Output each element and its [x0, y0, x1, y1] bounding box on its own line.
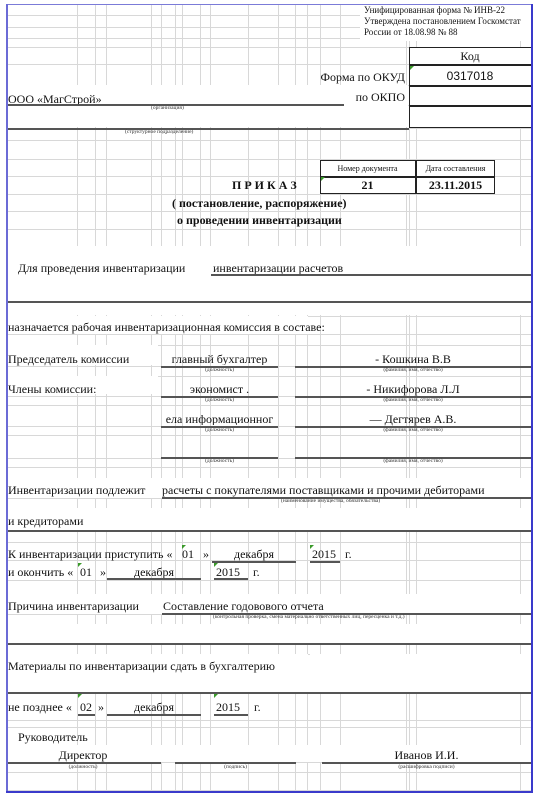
subject-label: Инвентаризации подлежит — [8, 484, 145, 496]
spreadsheet-form: Унифицированная форма № ИНВ-22 Утвержден… — [0, 0, 553, 800]
order-subtitle: ( постановление, распоряжение) — [172, 197, 347, 209]
deadline-day-underline — [78, 714, 95, 716]
okud-value[interactable]: 0317018 — [409, 70, 531, 82]
commission-chair-label: Председатель комиссии — [8, 353, 129, 365]
comment-marker — [310, 545, 314, 549]
division-underline — [8, 128, 409, 130]
deadline-year-suffix: г. — [254, 701, 261, 713]
end-quote-close: » — [100, 566, 106, 578]
sheet-border-left — [6, 4, 8, 792]
start-year-suffix: г. — [345, 548, 352, 560]
document-number[interactable]: 21 — [320, 179, 415, 191]
commission-member-position[interactable]: главный бухгалтер — [161, 353, 278, 365]
head-signature-caption: (подпись) — [175, 765, 296, 771]
position-caption: (должность) — [161, 398, 278, 404]
end-label: и окончить « — [8, 566, 73, 578]
reason-underline-2 — [8, 643, 531, 645]
end-year[interactable]: 2015 — [216, 566, 240, 578]
end-year-suffix: г. — [253, 566, 260, 578]
deadline-label: не позднее « — [8, 701, 72, 713]
purpose-underline — [211, 274, 531, 276]
end-day[interactable]: 01 — [80, 566, 92, 578]
order-subject: о проведении инвентаризации — [177, 214, 342, 226]
reason-value[interactable]: Составление годовового отчета — [163, 600, 324, 612]
okud-label: Форма по ОКУД — [300, 71, 405, 83]
subject-underline-2 — [8, 530, 531, 532]
comment-marker — [214, 563, 218, 567]
subject-value[interactable]: расчеты с покупателями поставщиками и пр… — [162, 484, 485, 496]
purpose-value[interactable]: инвентаризации расчетов — [213, 262, 343, 274]
start-label: К инвентаризации приступить « — [8, 548, 172, 560]
division-caption: (структурное подразделение) — [125, 130, 193, 136]
end-year-underline — [214, 578, 248, 580]
commission-member-position[interactable]: ела информационног — [161, 413, 278, 425]
okpo-label: по ОКПО — [300, 91, 405, 103]
name-caption: (фамилия, имя, отчество) — [295, 398, 531, 404]
deadline-month[interactable]: декабря — [107, 701, 201, 713]
deadline-year[interactable]: 2015 — [216, 701, 240, 713]
reason-label: Причина инвентаризации — [8, 600, 139, 612]
document-date[interactable]: 23.11.2015 — [416, 179, 495, 191]
end-month[interactable]: декабря — [107, 566, 201, 578]
position-caption: (должность) — [161, 428, 278, 434]
name-caption: (фамилия, имя, отчество) — [295, 368, 531, 374]
sheet-border-top — [6, 4, 533, 5]
document-number-label: Номер документа — [320, 165, 415, 173]
deadline-month-underline — [107, 714, 201, 716]
reason-caption: (контрольная проверка, смена материально… — [213, 615, 405, 621]
commission-member-name[interactable]: - Кошкина В.В — [295, 353, 531, 365]
start-quote-close: » — [203, 548, 209, 560]
comment-marker — [321, 177, 325, 181]
organization-caption: (организация) — [151, 106, 184, 112]
deadline-day[interactable]: 02 — [80, 701, 92, 713]
purpose-underline-2 — [8, 301, 531, 303]
subject-caption: (наименование имущества, обязательства) — [281, 499, 380, 505]
purpose-label: Для проведения инвентаризации — [18, 262, 185, 274]
materials-underline — [8, 692, 531, 694]
position-caption: (должность) — [161, 459, 278, 465]
sheet-border-bottom — [6, 791, 533, 793]
comment-marker — [78, 694, 82, 698]
commission-member-position[interactable]: экономист . — [161, 383, 278, 395]
end-month-underline — [107, 578, 201, 580]
start-month-underline — [212, 561, 296, 563]
head-name[interactable]: Иванов И.И. — [322, 749, 531, 761]
start-year-underline — [310, 561, 340, 563]
start-month[interactable]: декабря — [212, 548, 296, 560]
subject-continuation[interactable]: и кредиторами — [8, 515, 83, 527]
sheet-border-right — [531, 4, 533, 792]
codes-header: Код — [409, 50, 531, 62]
document-date-label: Дата составления — [416, 165, 495, 173]
head-position[interactable]: Директор — [8, 749, 158, 761]
deadline-year-underline — [214, 714, 248, 716]
form-approved-label: Утверждена постановлением Госкомстат — [364, 17, 521, 26]
commission-member-name[interactable]: — Дегтярев А.В. — [295, 413, 531, 425]
name-caption: (фамилия, имя, отчество) — [295, 428, 531, 434]
form-unified-label: Унифицированная форма № ИНВ-22 — [364, 6, 505, 15]
start-day[interactable]: 01 — [182, 548, 194, 560]
head-name-caption: (расшифровка подписи) — [322, 765, 531, 771]
deadline-quote-close: » — [98, 701, 104, 713]
materials-label: Материалы по инвентаризации сдать в бухг… — [8, 660, 275, 672]
head-position-caption: (должность) — [8, 765, 158, 771]
commission-members-label: Члены комиссии: — [8, 383, 96, 395]
order-title: П Р И К А З — [232, 179, 297, 191]
start-year[interactable]: 2015 — [312, 548, 336, 560]
head-label: Руководитель — [18, 731, 88, 743]
position-caption: (должность) — [161, 368, 278, 374]
form-date-label: России от 18.08.98 № 88 — [364, 28, 458, 37]
commission-member-name[interactable]: - Никифорова Л.Л — [295, 383, 531, 395]
name-caption: (фамилия, имя, отчество) — [295, 459, 531, 465]
comment-marker — [214, 694, 218, 698]
comment-marker — [410, 66, 414, 70]
comment-marker — [182, 545, 186, 549]
commission-intro: назначается рабочая инвентаризационная к… — [8, 321, 325, 333]
comment-marker — [78, 563, 82, 567]
